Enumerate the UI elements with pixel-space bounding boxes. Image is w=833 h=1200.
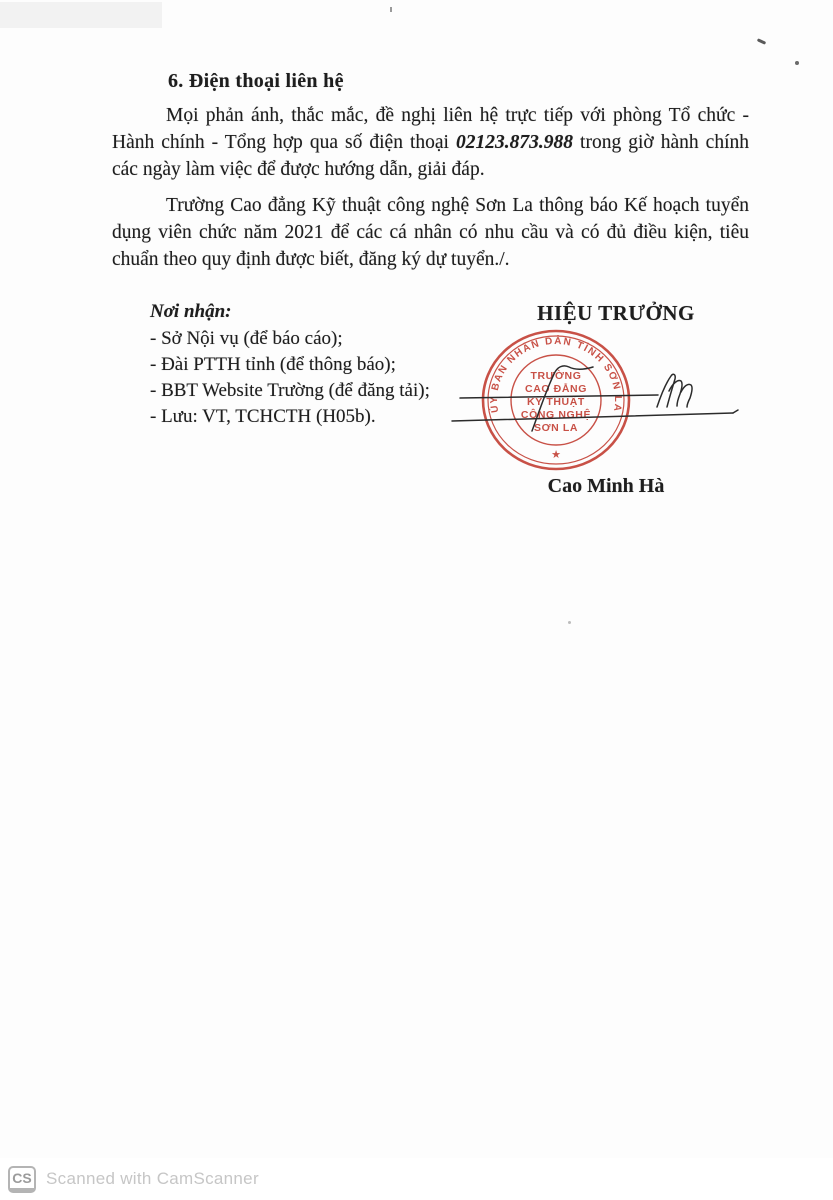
recipient-item: - BBT Website Trường (để đăng tải);: [150, 378, 430, 404]
section-heading: 6. Điện thoại liên hệ: [168, 70, 344, 93]
scan-speck-artifact: [757, 38, 766, 45]
scan-speck-artifact: [568, 621, 571, 624]
signer-name: Cao Minh Hà: [501, 475, 711, 498]
signature-line-lower: [452, 413, 733, 421]
scan-shadow-artifact: [0, 2, 162, 28]
phone-number: 02123.873.988: [456, 132, 573, 153]
recipient-item: - Sở Nội vụ (để báo cáo);: [150, 326, 430, 352]
recipient-item: - Đài PTTH tỉnh (để thông báo);: [150, 352, 430, 378]
paragraph-line: Trường Cao đẳng Kỹ thuật công nghệ Sơn L…: [112, 192, 749, 219]
camscanner-watermark: CS Scanned with CamScanner: [0, 1158, 833, 1200]
camscanner-logo-icon: CS: [8, 1166, 36, 1193]
scanned-document-page: 6. Điện thoại liên hệ Mọi phản ánh, thắc…: [0, 0, 833, 1200]
recipients-block: Nơi nhận: - Sở Nội vụ (để báo cáo); - Đà…: [150, 298, 430, 430]
signature-scribble: [657, 374, 675, 407]
paragraph-text: Hành chính - Tổng hợp qua số điện thoại: [112, 132, 456, 153]
signature-line-upper: [460, 395, 658, 398]
handwritten-signature: [420, 353, 750, 438]
paragraph-line: Hành chính - Tổng hợp qua số điện thoại …: [112, 129, 749, 156]
signature-scribble: [681, 384, 692, 407]
recipients-label: Nơi nhận:: [150, 298, 430, 326]
signature-line-tick: [733, 410, 738, 413]
paragraph-line: chuẩn theo quy định được biết, đăng ký d…: [112, 246, 749, 273]
stamp-star-icon: ★: [551, 449, 561, 461]
paragraph-announcement: Trường Cao đẳng Kỹ thuật công nghệ Sơn L…: [112, 192, 749, 273]
paragraph-contact: Mọi phản ánh, thắc mắc, đề nghị liên hệ …: [112, 102, 749, 183]
recipient-item: - Lưu: VT, TCHCTH (H05b).: [150, 404, 430, 430]
scan-speck-artifact: [795, 61, 799, 65]
signature-flourish: [532, 366, 593, 431]
camscanner-watermark-text: Scanned with CamScanner: [46, 1169, 259, 1189]
paragraph-line: các ngày làm việc để được hướng dẫn, giả…: [112, 156, 749, 183]
paragraph-line: Mọi phản ánh, thắc mắc, đề nghị liên hệ …: [112, 102, 749, 129]
paragraph-text: trong giờ hành chính: [573, 132, 749, 153]
paragraph-line: dụng viên chức năm 2021 để các cá nhân c…: [112, 219, 749, 246]
scan-speck-artifact: [390, 7, 392, 12]
signer-title: HIỆU TRƯỞNG: [506, 301, 726, 326]
